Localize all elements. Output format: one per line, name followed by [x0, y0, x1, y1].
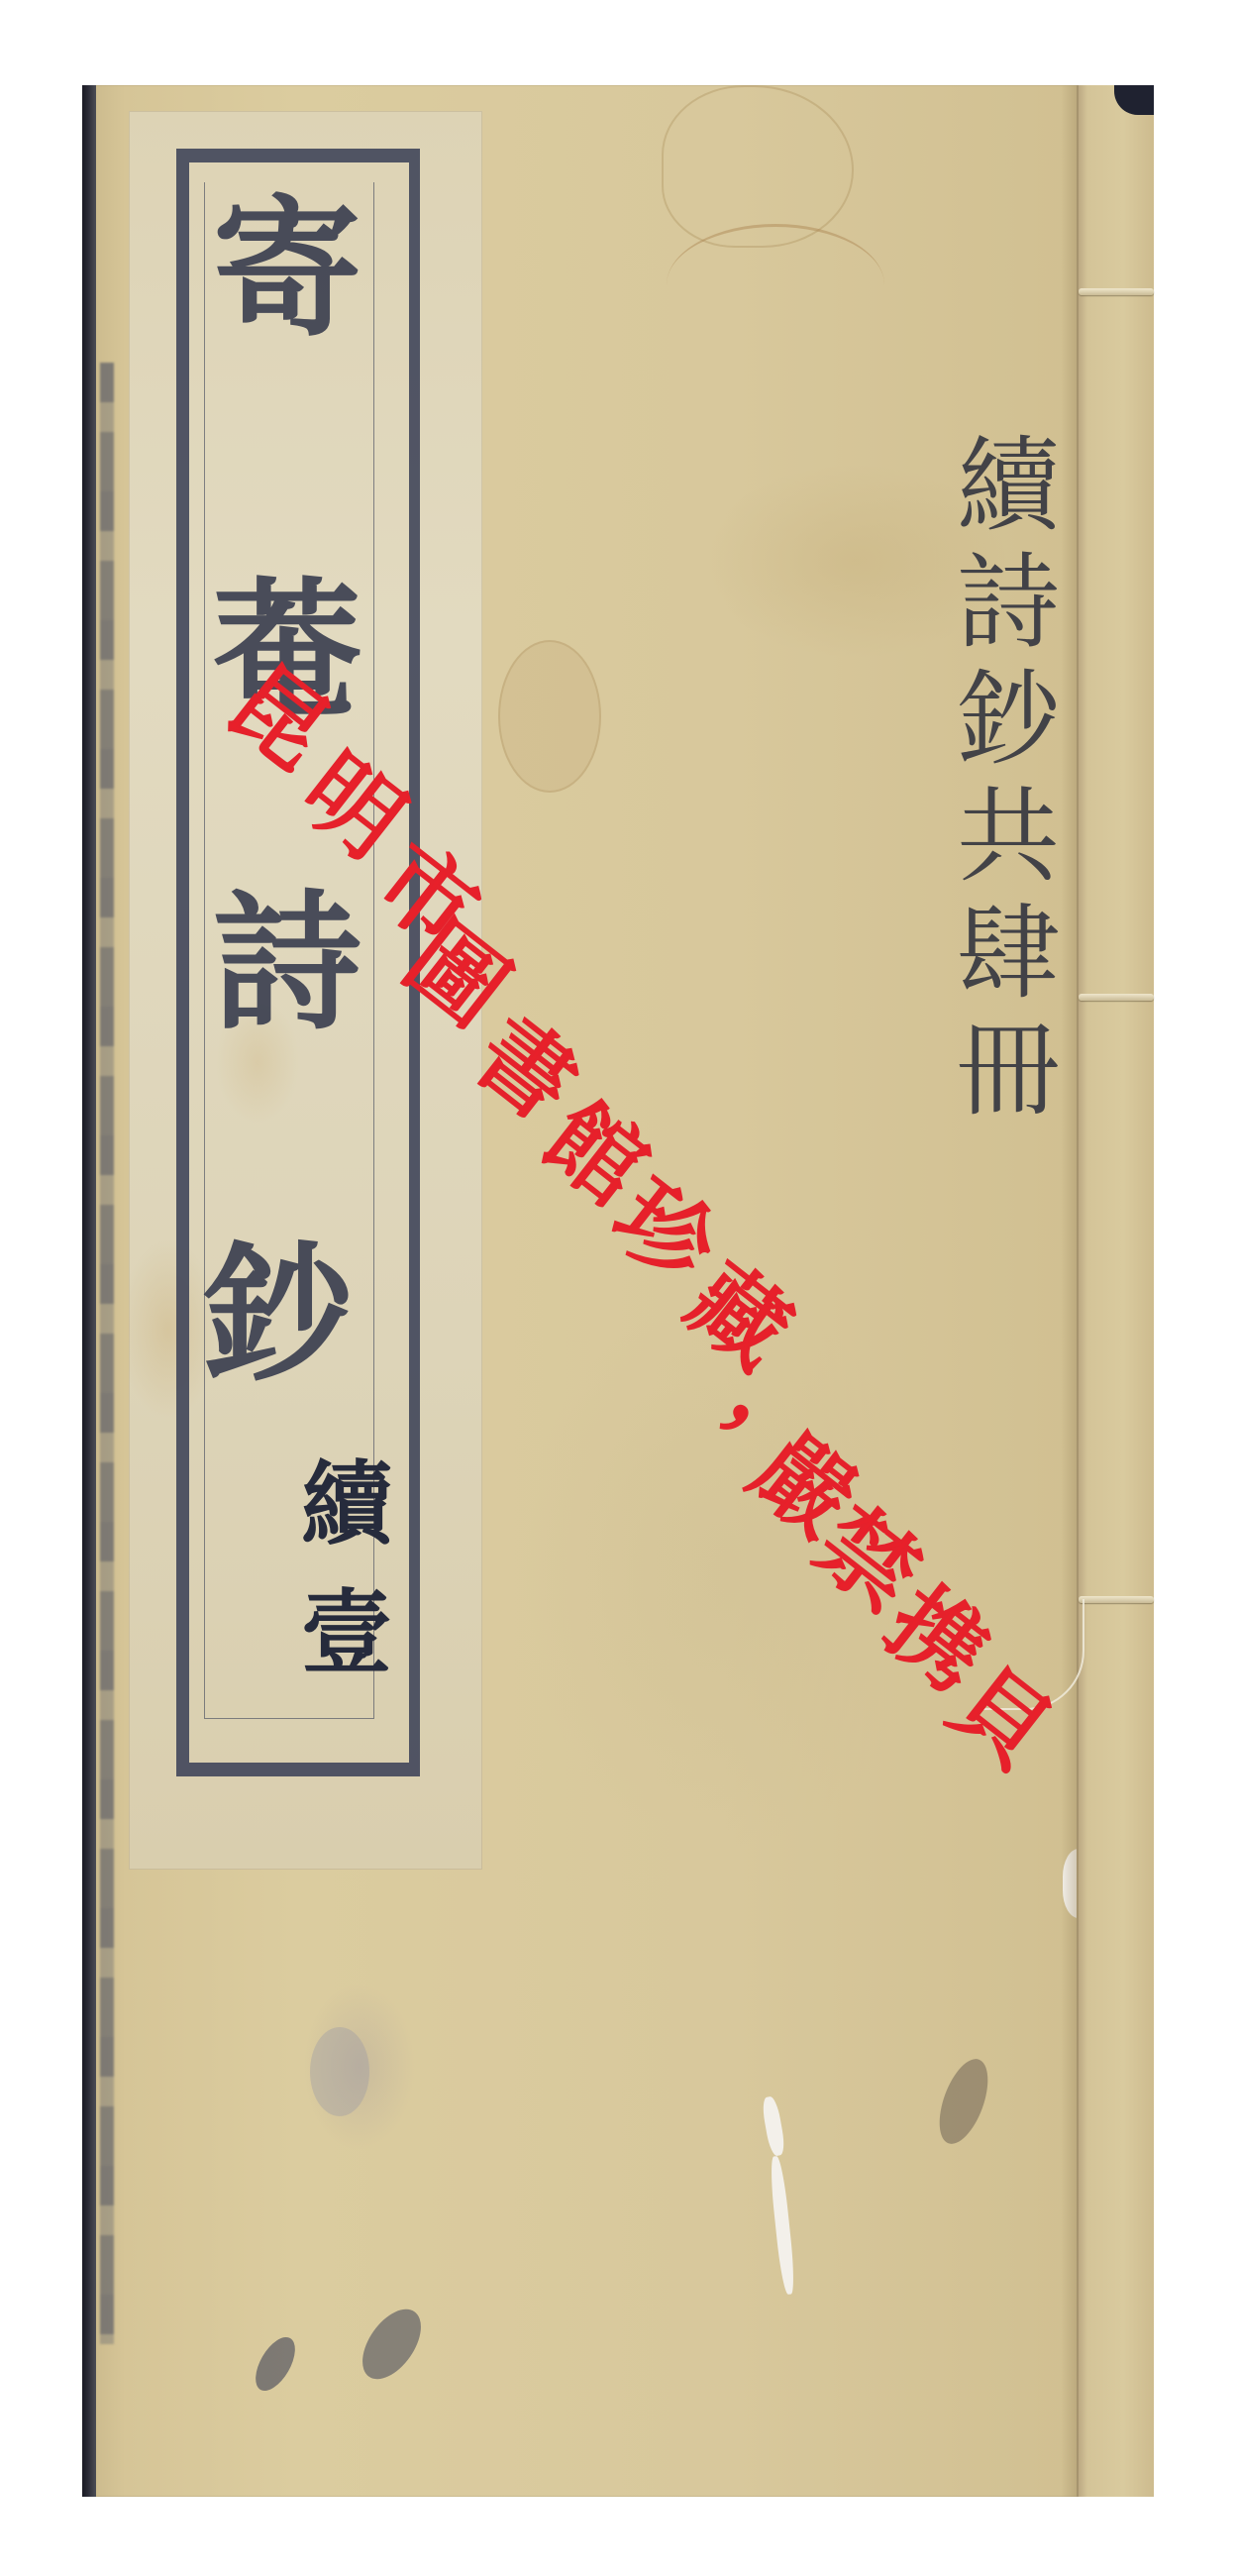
water-stain [662, 85, 854, 248]
binding-strip [1077, 85, 1154, 2497]
paper-tear [769, 2156, 797, 2296]
watermark-char: ， [717, 1344, 851, 1478]
brown-stain [930, 2053, 997, 2150]
water-stain [667, 224, 884, 346]
ink-blot [248, 2331, 303, 2398]
paper-tear [761, 2095, 786, 2157]
title-char: 詩 [198, 889, 376, 1037]
watermark-char: 禁 [801, 1493, 935, 1627]
inscription-char: 鈔 [957, 661, 1060, 778]
left-spine-edge [82, 85, 96, 2497]
watermark-char: 藏 [672, 1250, 806, 1384]
title-char: 寄 [198, 195, 376, 344]
inscription-char: 續 [957, 427, 1060, 544]
book-cover: 寄 菴 詩 鈔 續 壹 續 詩 鈔 共 肆 冊 昆 明 市 圖 書 館 珍 藏 … [82, 85, 1154, 2497]
inscription-char: 詩 [957, 544, 1060, 661]
title-char: 鈔 [188, 1240, 366, 1389]
binding-stitch [1079, 994, 1154, 1001]
inscription-char: 肆 [957, 895, 1060, 1012]
title-char: 菴 [198, 577, 376, 725]
inscription-char: 共 [957, 778, 1060, 895]
binding-stitch [1079, 1596, 1154, 1603]
volume-count-inscription: 續 詩 鈔 共 肆 冊 [944, 427, 1073, 1128]
inscription-char: 冊 [957, 1012, 1060, 1128]
binding-stitch [1079, 288, 1154, 295]
grey-smudge [310, 2027, 369, 2116]
watermark-char: 館 [529, 1087, 663, 1221]
volume-char: 續 [297, 1458, 396, 1550]
title-label-slip: 寄 菴 詩 鈔 續 壹 [129, 111, 482, 1870]
water-stain [498, 640, 601, 793]
watermark-char: 珍 [598, 1166, 732, 1300]
ink-blot [351, 2299, 433, 2389]
worn-spine-strip [100, 363, 114, 2344]
volume-char: 壹 [297, 1587, 396, 1678]
watermark-char: 嚴 [737, 1419, 871, 1553]
